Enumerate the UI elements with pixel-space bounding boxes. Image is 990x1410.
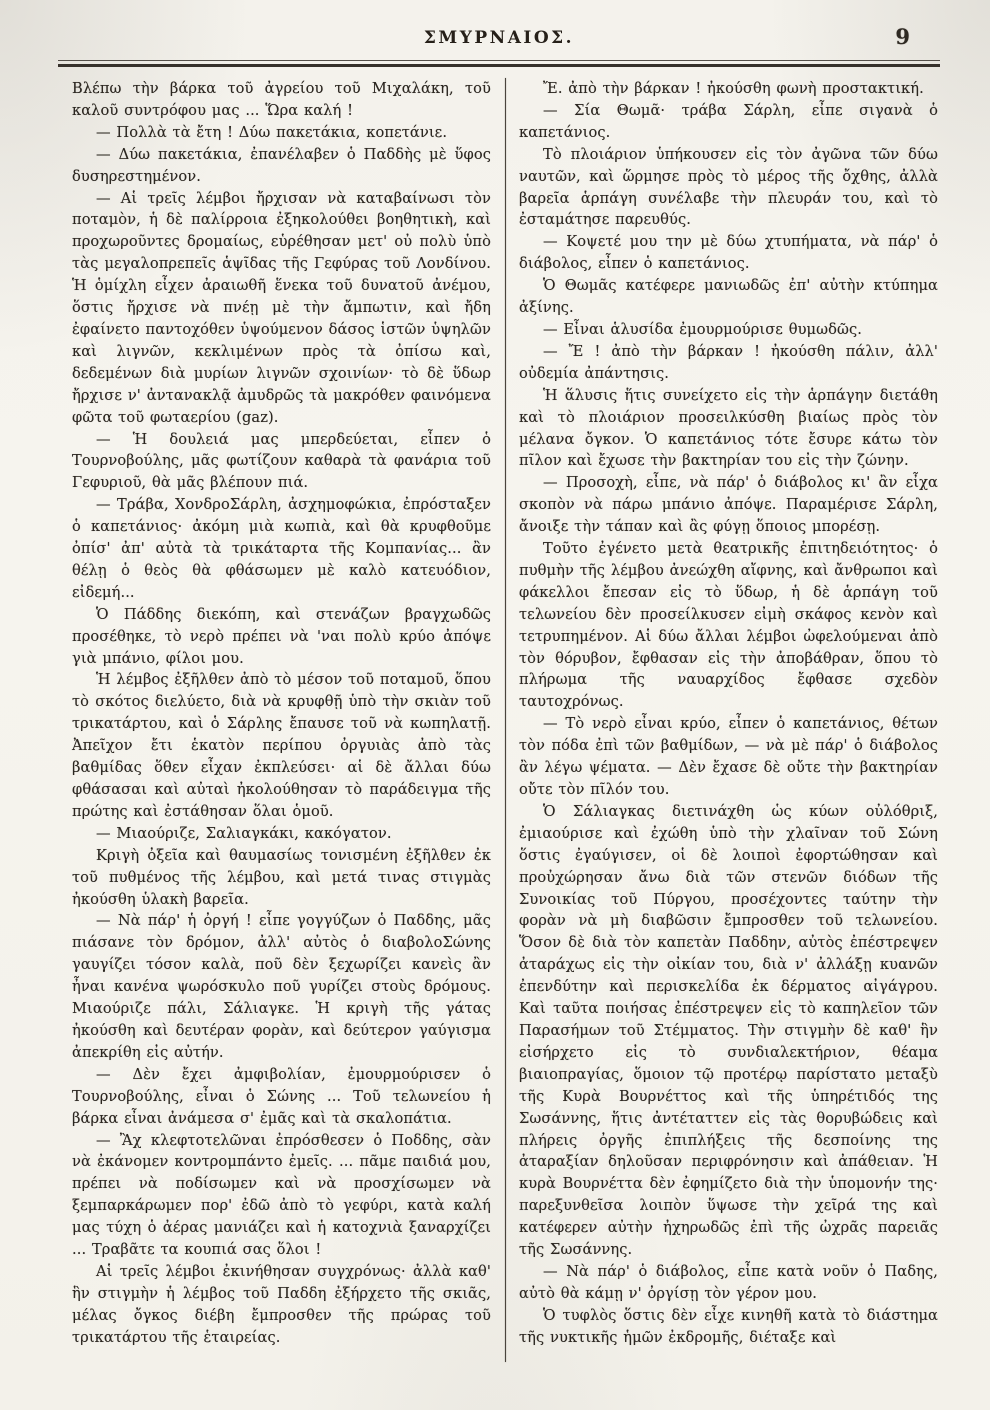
header-rule-thin [58,60,940,61]
paragraph: Ὁ Πάδδης διεκόπη, καὶ στενάζων βραγχωδῶς… [72,604,491,670]
paragraph: — Δύω πακετάκια, ἐπανέλαβεν ὁ Παδδὴς μὲ … [72,144,491,188]
paragraph: — Κοψετέ μου την μὲ δύω χτυπήματα, νὰ πά… [519,231,938,275]
paragraph: Ὁ Σάλιαγκας διετινάχθη ὡς κύων οὐλόθριξ,… [519,801,938,1261]
paragraph: Ἔ. ἀπὸ τὴν βάρκαν ! ἠκούσθη φωνὴ προστακ… [519,78,938,100]
paragraph: — Σία Θωμᾶ· τράβα Σάρλη, εἶπε σιγανὰ ὁ κ… [519,100,938,144]
paragraph: — Μιαούριζε, Σαλιαγκάκι, κακόγατον. [72,823,491,845]
paragraph: — Πολλὰ τὰ ἔτη ! Δύω πακετάκια, κοπετάνι… [72,122,491,144]
paragraph: Ὁ τυφλὸς ὅστις δὲν εἶχε κινηθῆ κατὰ τὸ δ… [519,1305,938,1349]
paragraph: — Νὰ πάρ' ἡ ὀργή ! εἶπε γογγύζων ὁ Παδδη… [72,910,491,1063]
paragraph: Ὁ Θωμᾶς κατέφερε μανιωδῶς ἐπ' αὐτὴν κτύπ… [519,275,938,319]
running-title: ΣΜΥΡΝΑΙΟΣ. [60,28,938,48]
column-divider-rule [505,78,506,1362]
paragraph: — Δὲν ἔχει ἀμφιβολίαν, ἐμουρμούρισεν ὁ Τ… [72,1064,491,1130]
paragraph: — Αἱ τρεῖς λέμβοι ἤρχισαν νὰ καταβαίνωσι… [72,188,491,429]
paragraph: Ἡ ἅλυσις ἥτις συνείχετο εἰς τὴν ἁρπάγην … [519,385,938,473]
paragraph: — Τράβα, ΧονδροΣάρλη, ἀσχημοφώκια, ἐπρόσ… [72,494,491,604]
page-number: 9 [895,24,910,49]
paragraph: — Ἂχ κλεφτοτελῶναι ἐπρόσθεσεν ὁ Ποδδης, … [72,1130,491,1261]
paragraph: Τοῦτο ἐγένετο μετὰ θεατρικῆς ἐπιτηδειότη… [519,538,938,713]
right-column: Ἔ. ἀπὸ τὴν βάρκαν ! ἠκούσθη φωνὴ προστακ… [519,78,938,1362]
paragraph: — Νὰ πάρ' ὁ διάβολος, εἶπε κατὰ νοῦν ὁ Π… [519,1261,938,1305]
paragraph: — Εἶναι ἁλυσίδα ἐμουρμούρισε θυμωδῶς. [519,319,938,341]
left-column: Βλέπω τὴν βάρκα τοῦ ἀγρείου τοῦ Μιχαλάκη… [72,78,491,1362]
paragraph: Βλέπω τὴν βάρκα τοῦ ἀγρείου τοῦ Μιχαλάκη… [72,78,491,122]
paragraph: — Τὸ νερὸ εἶναι κρύο, εἶπεν ὁ καπετάνιος… [519,713,938,801]
paragraph: — Ἔ ! ἀπὸ τὴν βάρκαν ! ἠκούσθη πάλιν, ἀλ… [519,341,938,385]
scanned-page: ΣΜΥΡΝΑΙΟΣ. 9 Βλέπω τὴν βάρκα τοῦ ἀγρείου… [0,0,990,1410]
paragraph: Ἡ λέμβος ἐξῆλθεν ἀπὸ τὸ μέσον τοῦ ποταμο… [72,669,491,822]
paragraph: Τὸ πλοιάριον ὑπήκουσεν εἰς τὸν ἀγῶνα τῶν… [519,144,938,232]
text-columns: Βλέπω τὴν βάρκα τοῦ ἀγρείου τοῦ Μιχαλάκη… [72,78,938,1362]
paragraph: — Ἡ δουλειά μας μπερδεύεται, εἶπεν ὁ Του… [72,429,491,495]
page-header: ΣΜΥΡΝΑΙΟΣ. 9 [60,22,938,56]
paragraph: Κριγὴ ὀξεῖα καὶ θαυμασίως τονισμένη ἐξῆλ… [72,845,491,911]
paragraph: — Προσοχὴ, εἶπε, νὰ πάρ' ὁ διάβολος κι' … [519,472,938,538]
paragraph: Αἱ τρεῖς λέμβοι ἐκινήθησαν συγχρόνως· ἀλ… [72,1261,491,1349]
header-rule-thick [58,64,940,67]
